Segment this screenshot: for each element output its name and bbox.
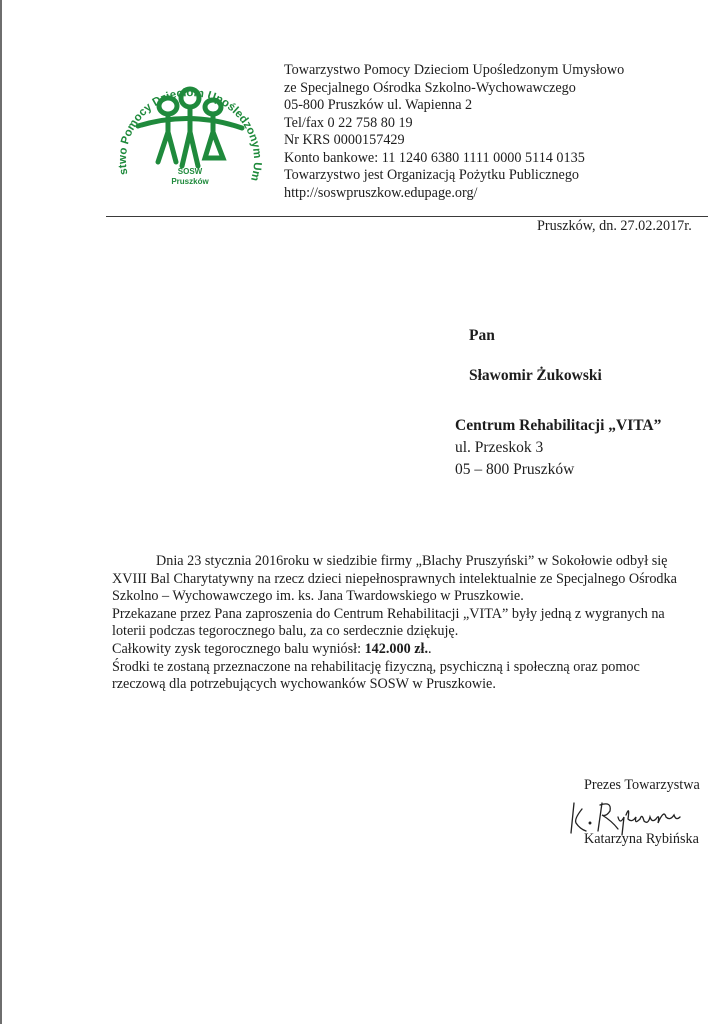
letterhead: Towarzystwo Pomocy Dzieciom Upośledzonym… <box>284 62 624 202</box>
letter-date: Pruszków, dn. 27.02.2017r. <box>537 218 692 235</box>
signature-role: Prezes Towarzystwa <box>584 777 700 794</box>
org-subtitle: ze Specjalnego Ośrodka Szkolno-Wychowawc… <box>284 80 624 98</box>
org-name: Towarzystwo Pomocy Dzieciom Upośledzonym… <box>284 62 624 80</box>
total-amount: 142.000 zł. <box>365 641 428 657</box>
total-suffix: . <box>428 641 432 657</box>
scan-edge <box>0 0 2 1024</box>
body-line: Środki te zostaną przeznaczone na rehabi… <box>112 659 721 677</box>
body-line: rzeczową dla potrzebujących wychowanków … <box>112 676 721 694</box>
body-line: Przekazane przez Pana zaproszenia do Cen… <box>112 606 721 624</box>
org-krs: Nr KRS 0000157429 <box>284 132 624 150</box>
signatory-name: Katarzyna Rybińska <box>584 831 699 848</box>
org-phone: Tel/fax 0 22 758 80 19 <box>284 115 624 133</box>
recipient-organization: Centrum Rehabilitacji „VITA” <box>455 417 661 435</box>
body-line: XVIII Bal Charytatywny na rzecz dzieci n… <box>112 571 721 589</box>
recipient-name: Sławomir Żukowski <box>469 367 602 385</box>
recipient-street: ul. Przeskok 3 <box>455 439 543 457</box>
body-line-total: Całkowity zysk tegorocznego balu wyniósł… <box>112 641 721 659</box>
organization-logo: Towarzystwo Pomocy Dzieciom Upośledzonym… <box>110 58 270 198</box>
body-line: Dnia 23 stycznia 2016roku w siedzibie fi… <box>112 553 721 571</box>
logo-sosw: SOSW <box>178 167 203 176</box>
letter-body: Dnia 23 stycznia 2016roku w siedzibie fi… <box>112 553 721 694</box>
header-divider <box>106 216 708 217</box>
recipient-city: 05 – 800 Pruszków <box>455 461 574 479</box>
org-website[interactable]: http://soswpruszkow.edupage.org/ <box>284 185 624 203</box>
recipient-title: Pan <box>469 327 495 345</box>
body-line: Szkolno – Wychowawczego im. ks. Jana Twa… <box>112 588 721 606</box>
body-line: loterii podczas tegorocznego balu, za co… <box>112 623 721 641</box>
total-label: Całkowity zysk tegorocznego balu wyniósł… <box>112 641 365 657</box>
org-address: 05-800 Pruszków ul. Wapienna 2 <box>284 97 624 115</box>
org-status: Towarzystwo jest Organizacją Pożytku Pub… <box>284 167 624 185</box>
logo-pruszkow: Pruszków <box>171 177 209 186</box>
org-bank-account: Konto bankowe: 11 1240 6380 1111 0000 51… <box>284 150 624 168</box>
